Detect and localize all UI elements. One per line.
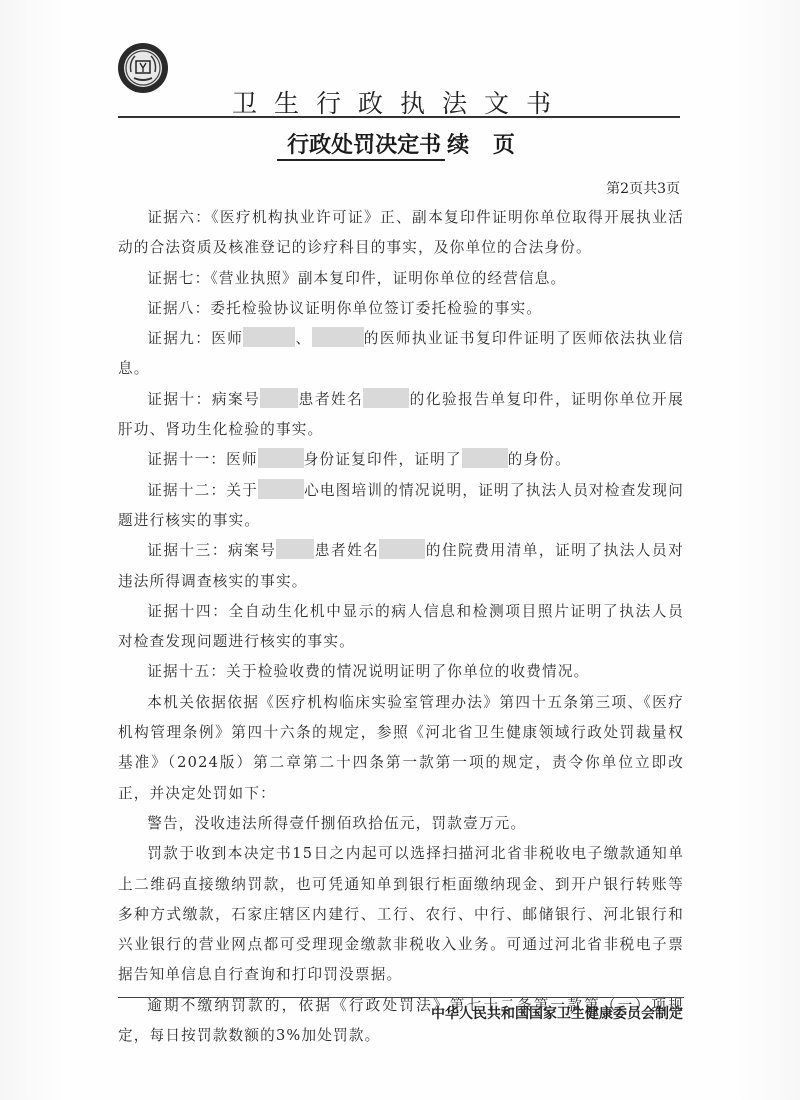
continuation-label: 续 页 — [447, 133, 523, 158]
evidence-6: 证据六：《医疗机构执业许可证》正、副本复印件证明你单位取得开展执业活动的合法资质… — [118, 203, 684, 264]
evidence-11: 证据十一：医师身份证复印件，证明了的身份。 — [118, 445, 684, 475]
evidence-15: 证据十五：关于检验收费的情况说明证明了你单位的收费情况。 — [118, 657, 684, 687]
evidence-10: 证据十：病案号患者姓名的化验报告单复印件，证明你单位开展肝功、肾功生化检验的事实… — [118, 385, 684, 446]
decision-basis: 本机关依据依据《医疗机构临床实验室管理办法》第四十五条第三项、《医疗机构管理条例… — [118, 688, 684, 809]
evidence-7: 证据七：《营业执照》副本复印件，证明你单位的经营信息。 — [118, 264, 684, 294]
redacted-case-number — [276, 539, 314, 559]
redacted-name — [243, 327, 295, 347]
redacted-patient-name — [363, 388, 409, 408]
footer-divider — [118, 997, 684, 998]
document-body: 证据六：《医疗机构执业许可证》正、副本复印件证明你单位取得开展执业活动的合法资质… — [118, 203, 684, 1051]
document-type: 行政处罚决定书 — [277, 133, 445, 161]
evidence-14: 证据十四：全自动生化机中显示的病人信息和检测项目照片证明了执法人员对检查发现问题… — [118, 597, 684, 658]
document-title: 行政处罚决定书续 页 — [0, 128, 800, 159]
evidence-8: 证据八：委托检验协议证明你单位签订委托检验的事实。 — [118, 294, 684, 324]
redacted-case-number — [260, 388, 298, 408]
redacted-name — [462, 448, 508, 468]
issuer-footer: 中华人民共和国国家卫生健康委员会制定 — [431, 1003, 683, 1023]
header-divider — [118, 116, 680, 118]
evidence-13: 证据十三：病案号患者姓名的住院费用清单，证明了执法人员对违法所得调查核实的事实。 — [118, 536, 684, 597]
redacted-patient-name — [379, 539, 425, 559]
redacted-name — [258, 479, 304, 499]
document-page: 卫生行政执法文书 行政处罚决定书续 页 第2页共3页 证据六：《医疗机构执业许可… — [0, 0, 800, 1100]
evidence-9: 证据九：医师、的医师执业证书复印件证明了医师依法执业信息。 — [118, 324, 684, 385]
page-indicator: 第2页共3页 — [606, 178, 680, 198]
redacted-name — [258, 448, 304, 468]
penalty-statement: 警告，没收违法所得壹仟捌佰玖拾伍元，罚款壹万元。 — [118, 809, 684, 839]
redacted-name — [312, 327, 364, 347]
evidence-12: 证据十二：关于心电图培训的情况说明，证明了执法人员对检查发现问题进行核实的事实。 — [118, 476, 684, 537]
payment-instructions: 罚款于收到本决定书15日之内起可以选择扫描河北省非税收电子缴款通知单上二维码直接… — [118, 839, 684, 990]
document-series-title: 卫生行政执法文书 — [150, 84, 650, 120]
